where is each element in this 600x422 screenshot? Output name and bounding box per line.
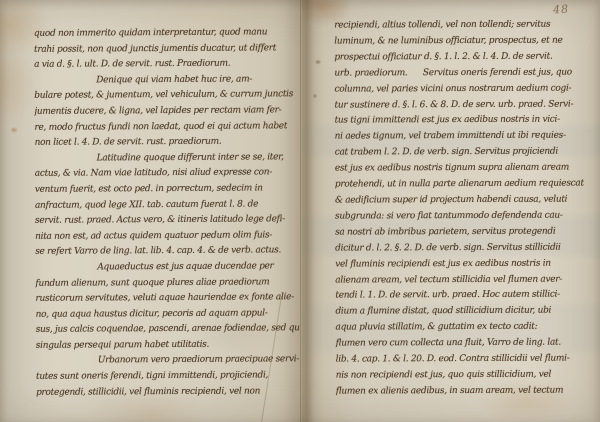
manuscript-line: nis non recipiendi est jus, quo quis sti…: [336, 367, 592, 384]
manuscript-paragraph: Aquaeductus est jus aquae ducendae perfu…: [35, 259, 300, 354]
manuscript-line: trahi possit, non quod junctis jumentis …: [34, 41, 298, 58]
manuscript-paragraph: Urbanorum vero praediorum praecipuae ser…: [36, 353, 300, 401]
manuscript-line: lib. 4. cap. 1. & l. 20. D. eod. Contra …: [336, 351, 592, 368]
manuscript-line: actus, & via. Nam viae latitudo, nisi al…: [35, 166, 299, 183]
manuscript-line: Denique qui viam habet huc ire, am-: [34, 72, 298, 89]
manuscript-line: vel fluminis recipiendi est jus ex aedib…: [335, 256, 591, 273]
manuscript-paragraph: quod non immerito quidam interpretantur,…: [34, 25, 298, 73]
manuscript-line: tus tigni immittendi est jus ex aedibus …: [335, 113, 591, 130]
manuscript-line: & aedificium super id projectum habendi …: [335, 192, 591, 209]
manuscript-line: prospectui officiatur d. §. 1. l. 2. & l…: [334, 49, 590, 66]
manuscript-line: Aquaeductus est jus aquae ducendae per: [35, 259, 299, 276]
manuscript-line: quod non immerito quidam interpretantur,…: [34, 25, 298, 42]
manuscript-paragraph: Denique qui viam habet huc ire, am-bular…: [34, 72, 298, 152]
manuscript-line: Latitudine quoque differunt inter se se,…: [35, 150, 299, 167]
manuscript-line: Urbanorum vero praediorum praecipuae ser…: [36, 353, 300, 370]
manuscript-line: sus, jus calcis coquendae, pascendi, are…: [36, 321, 300, 338]
manuscript-line: a via d. §. l. ult. D. de servit. rust. …: [34, 56, 298, 73]
manuscript-line: tutes sunt oneris ferendi, tigni immitte…: [36, 368, 300, 385]
manuscript-line: non licet l. 4. D. de servit. rust. prae…: [35, 134, 299, 151]
manuscript-line: singulas persequi parum habet utilitatis…: [36, 337, 300, 354]
manuscript-line: servit. rust. praed. Actus vero, & itine…: [35, 212, 299, 229]
manuscript-line: flumen ex alienis aedibus, in suam aream…: [336, 383, 592, 400]
manuscript-line: aqua pluvia stillatim, & guttatim ex tec…: [335, 320, 591, 337]
manuscript-line: anfractum, quod lege XII. tab. cautum fu…: [35, 197, 299, 214]
manuscript-line: cat trabem l. 2. D. de verb. sign. Servi…: [335, 145, 591, 162]
manuscript-paragraph: Latitudine quoque differunt inter se se,…: [35, 150, 300, 261]
manuscript-line: sa nostri ab imbribus parietem, servitus…: [335, 224, 591, 241]
manuscript-line: dicitur d. l. 2. §. 2. D. de verb. sign.…: [335, 240, 591, 257]
manuscript-line: se refert Varro de ling. lat. lib. 4. ca…: [35, 244, 299, 261]
left-page-text: quod non immerito quidam interpretantur,…: [34, 25, 300, 405]
manuscript-line: protehendi, ut in nulla parte alienarum …: [335, 177, 591, 194]
manuscript-line: dium a flumine distat, quod stillicidium…: [335, 304, 591, 321]
manuscript-line: luminum, & ne luminibus officiatur, pros…: [334, 33, 590, 50]
manuscript-line: alienam aream, vel tectum stillicidia ve…: [335, 272, 591, 289]
manuscript-line: nita non est, ad actus quidem quatuor pe…: [35, 228, 299, 245]
manuscript-line: rusticorum servitutes, veluti aquae haur…: [35, 290, 299, 307]
manuscript-line: re, modo fructus fundi non laedat, quod …: [34, 119, 298, 136]
manuscript-line: est jus ex aedibus nostris tignum supra …: [335, 161, 591, 178]
folio-number: 48: [553, 2, 570, 16]
manuscript-line: jumentis ducere, & ligna, vel lapides pe…: [34, 103, 298, 120]
manuscript-paragraph: recipiendi, altius tollendi, vel non tol…: [334, 17, 592, 400]
manuscript-line: flumen vero cum collecta una fluit, Varr…: [336, 336, 592, 353]
manuscript-line: subgrunda: si vero fiat tantummodo defen…: [335, 208, 591, 225]
manuscript-line: urb. praediorum. Servitus oneris ferendi…: [334, 65, 590, 82]
manuscript-photo: 48 quod non immerito quidam interpretant…: [0, 0, 600, 422]
manuscript-line: ni aedes tignum, vel trabem immittendi u…: [335, 129, 591, 146]
manuscript-line: tur sustinere d. §. l. 6. & 8. D. de ser…: [335, 97, 591, 114]
manuscript-line: protegendi, stillicidii, vel fluminis re…: [36, 384, 300, 401]
manuscript-line: fundum alienum, sunt quoque plures aliae…: [35, 275, 299, 292]
right-page-text: recipiendi, altius tollendi, vel non tol…: [334, 17, 592, 404]
manuscript-line: bulare potest, & jumentum, vel vehiculum…: [34, 88, 298, 105]
manuscript-line: columna, vel paries vicini onus nostraru…: [334, 81, 590, 98]
manuscript-line: tendi l. 1. D. de servit. urb. praed. Ho…: [335, 288, 591, 305]
manuscript-line: ventum fuerit, est octo ped. in porrectu…: [35, 181, 299, 198]
manuscript-line: recipiendi, altius tollendi, vel non tol…: [334, 17, 590, 34]
manuscript-line: no, qua aqua haustus dicitur, pecoris ad…: [36, 306, 300, 323]
